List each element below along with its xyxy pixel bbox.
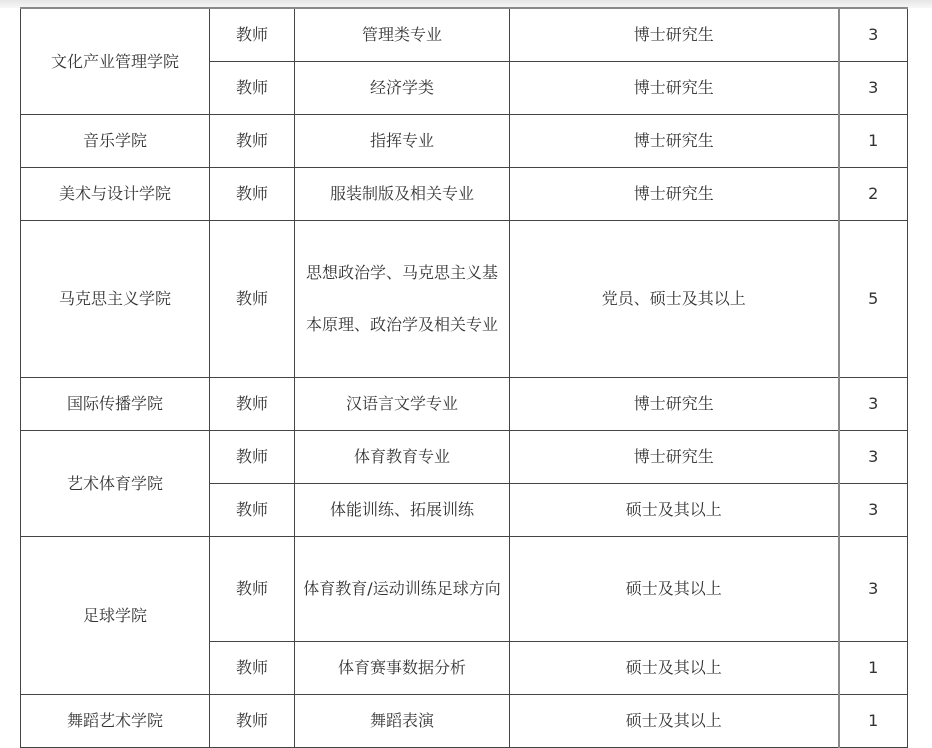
major-cell: 体育教育/运动训练足球方向 xyxy=(295,537,510,642)
count-cell: 1 xyxy=(839,115,908,168)
position-cell: 教师 xyxy=(210,537,295,642)
count-cell: 2 xyxy=(839,168,908,221)
table-row: 艺术体育学院 教师 体育教育专业 博士研究生 3 xyxy=(21,431,908,484)
requirement-cell: 博士研究生 xyxy=(510,8,839,62)
requirement-cell: 博士研究生 xyxy=(510,431,839,484)
count-cell: 3 xyxy=(839,8,908,62)
major-cell: 体能训练、拓展训练 xyxy=(295,484,510,537)
major-cell: 指挥专业 xyxy=(295,115,510,168)
college-cell: 马克思主义学院 xyxy=(21,221,210,378)
major-cell: 舞蹈表演 xyxy=(295,695,510,740)
major-cell: 体育教育专业 xyxy=(295,431,510,484)
college-cell: 文化产业管理学院 xyxy=(21,8,210,115)
recruitment-table-container: 文化产业管理学院 教师 管理类专业 博士研究生 3 教师 经济学类 博士研究生 … xyxy=(20,7,908,739)
major-cell: 思想政治学、马克思主义基本原理、政治学及相关专业 xyxy=(295,221,510,378)
college-cell: 舞蹈艺术学院 xyxy=(21,695,210,740)
college-cell: 音乐学院 xyxy=(21,115,210,168)
college-cell: 美术与设计学院 xyxy=(21,168,210,221)
count-cell: 3 xyxy=(839,484,908,537)
table-row: 足球学院 教师 体育教育/运动训练足球方向 硕士及其以上 3 xyxy=(21,537,908,642)
college-cell: 足球学院 xyxy=(21,537,210,695)
requirement-cell: 博士研究生 xyxy=(510,168,839,221)
count-cell: 3 xyxy=(839,378,908,431)
major-cell: 经济学类 xyxy=(295,62,510,115)
requirement-cell: 博士研究生 xyxy=(510,115,839,168)
major-cell: 服装制版及相关专业 xyxy=(295,168,510,221)
recruitment-table: 文化产业管理学院 教师 管理类专业 博士研究生 3 教师 经济学类 博士研究生 … xyxy=(20,7,908,739)
count-cell: 3 xyxy=(839,431,908,484)
position-cell: 教师 xyxy=(210,221,295,378)
requirement-cell: 硕士及其以上 xyxy=(510,642,839,695)
position-cell: 教师 xyxy=(210,115,295,168)
requirement-cell: 硕士及其以上 xyxy=(510,537,839,642)
count-cell: 1 xyxy=(839,695,908,740)
major-cell: 体育赛事数据分析 xyxy=(295,642,510,695)
position-cell: 教师 xyxy=(210,484,295,537)
count-cell: 3 xyxy=(839,62,908,115)
position-cell: 教师 xyxy=(210,62,295,115)
college-cell: 国际传播学院 xyxy=(21,378,210,431)
major-cell: 管理类专业 xyxy=(295,8,510,62)
requirement-cell: 博士研究生 xyxy=(510,62,839,115)
position-cell: 教师 xyxy=(210,642,295,695)
requirement-cell: 党员、硕士及其以上 xyxy=(510,221,839,378)
table-row: 音乐学院 教师 指挥专业 博士研究生 1 xyxy=(21,115,908,168)
requirement-cell: 硕士及其以上 xyxy=(510,695,839,740)
position-cell: 教师 xyxy=(210,378,295,431)
table-row: 国际传播学院 教师 汉语言文学专业 博士研究生 3 xyxy=(21,378,908,431)
position-cell: 教师 xyxy=(210,8,295,62)
table-row: 舞蹈艺术学院 教师 舞蹈表演 硕士及其以上 1 xyxy=(21,695,908,740)
count-cell: 3 xyxy=(839,537,908,642)
count-cell: 5 xyxy=(839,221,908,378)
college-cell: 艺术体育学院 xyxy=(21,431,210,537)
table-row: 美术与设计学院 教师 服装制版及相关专业 博士研究生 2 xyxy=(21,168,908,221)
major-cell: 汉语言文学专业 xyxy=(295,378,510,431)
requirement-cell: 博士研究生 xyxy=(510,378,839,431)
position-cell: 教师 xyxy=(210,168,295,221)
requirement-cell: 硕士及其以上 xyxy=(510,484,839,537)
position-cell: 教师 xyxy=(210,431,295,484)
table-row: 文化产业管理学院 教师 管理类专业 博士研究生 3 xyxy=(21,8,908,62)
table-row: 马克思主义学院 教师 思想政治学、马克思主义基本原理、政治学及相关专业 党员、硕… xyxy=(21,221,908,378)
position-cell: 教师 xyxy=(210,695,295,740)
count-cell: 1 xyxy=(839,642,908,695)
